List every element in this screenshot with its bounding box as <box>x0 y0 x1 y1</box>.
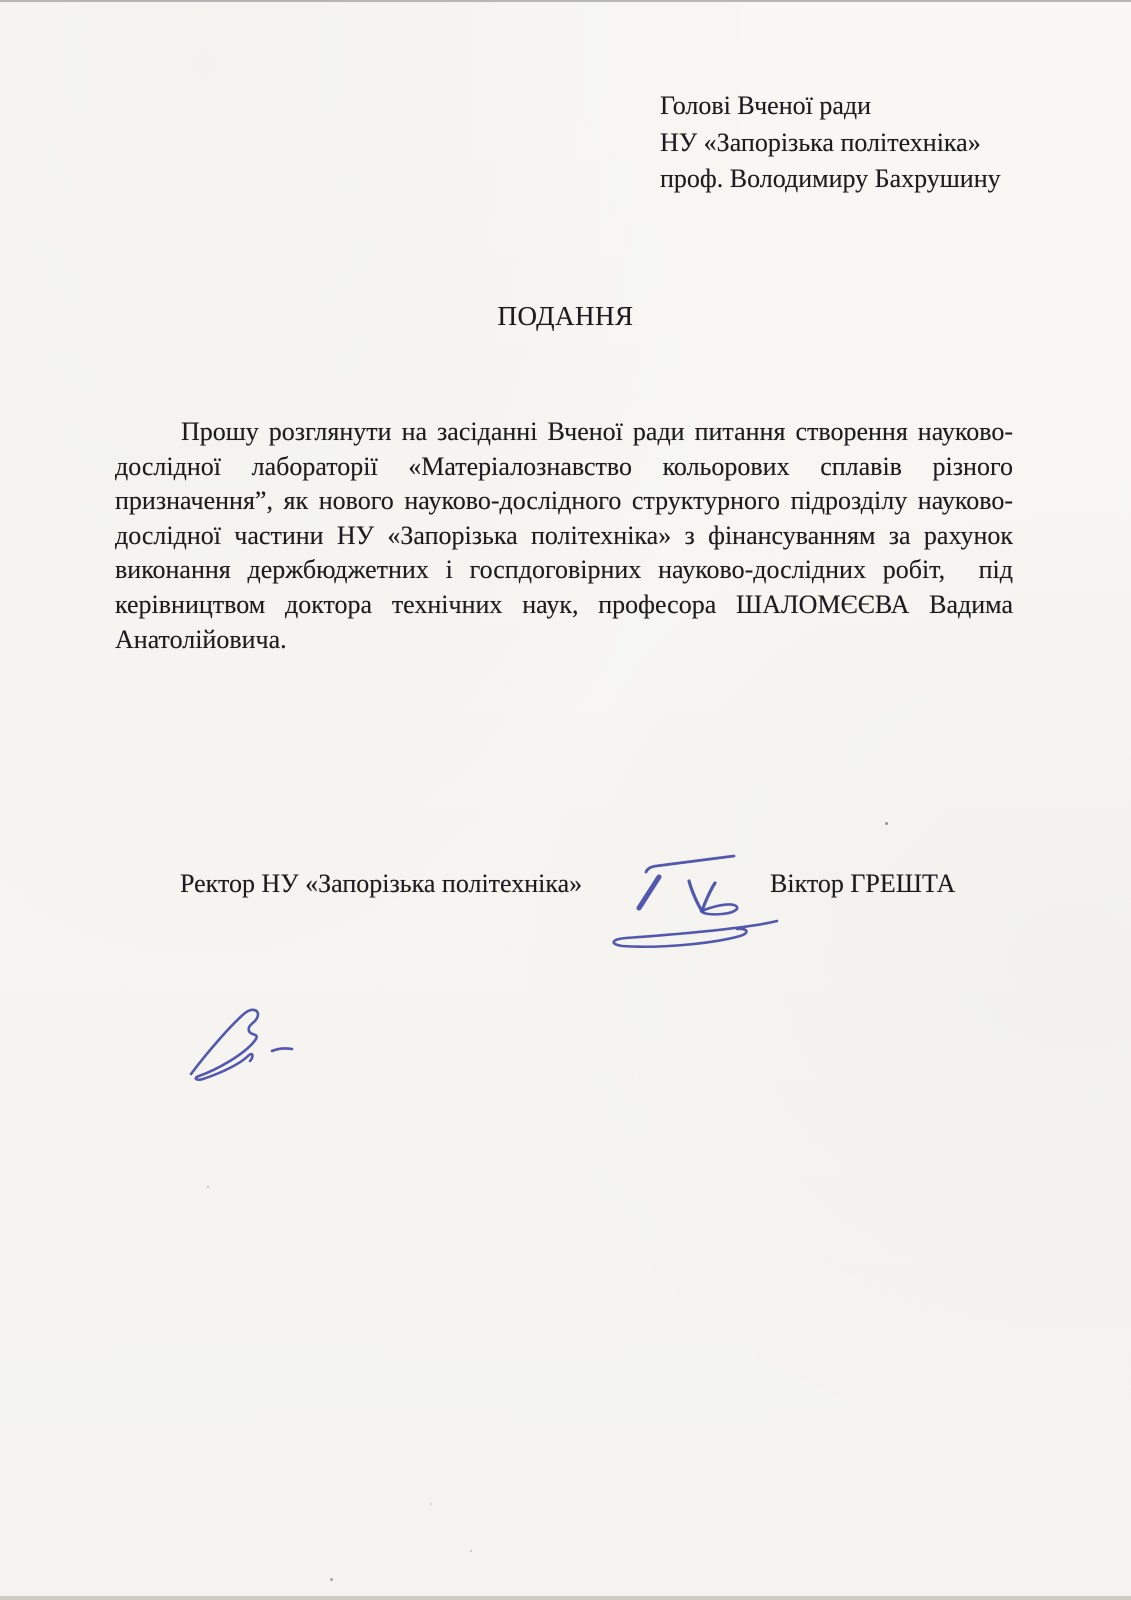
scan-speck <box>330 1578 333 1581</box>
body-paragraph: Прошу розглянути на засіданні Вченої рад… <box>115 415 1013 657</box>
scan-edge-artifact-top <box>0 0 1131 2</box>
body-line: дослідної лабораторії «Матеріалознавство… <box>115 450 1013 485</box>
body-line: дослідної частини НУ «Запорізька політех… <box>115 519 1013 554</box>
rector-position-label: Ректор НУ «Запорізька політехніка» <box>180 869 582 899</box>
scan-speck <box>430 1503 432 1505</box>
document-title: ПОДАННЯ <box>0 301 1131 332</box>
body-line: виконання держбюджетних і госпдоговірних… <box>115 553 1013 588</box>
scan-speck <box>207 1186 209 1188</box>
body-line: Анатолійовича. <box>115 623 1013 658</box>
body-line: призначення”, як нового науково-дослідно… <box>115 484 1013 519</box>
paraph-initials-ink <box>180 1000 310 1090</box>
scan-speck <box>885 822 888 825</box>
scan-speck <box>470 1550 472 1552</box>
recipient-line: НУ «Запорізька політехніка» <box>660 125 1001 162</box>
scan-edge-artifact-bottom <box>0 1596 1131 1600</box>
body-line: керівництвом доктора технічних наук, про… <box>115 588 1013 623</box>
recipient-block: Голові Вченої ради НУ «Запорізька політе… <box>660 88 1001 198</box>
body-line: Прошу розглянути на засіданні Вченої рад… <box>115 415 1013 450</box>
recipient-line: проф. Володимиру Бахрушину <box>660 161 1001 198</box>
scanned-document-page: Голові Вченої ради НУ «Запорізька політе… <box>0 0 1131 1600</box>
recipient-line: Голові Вченої ради <box>660 88 1001 125</box>
rector-signature-ink <box>600 840 800 960</box>
